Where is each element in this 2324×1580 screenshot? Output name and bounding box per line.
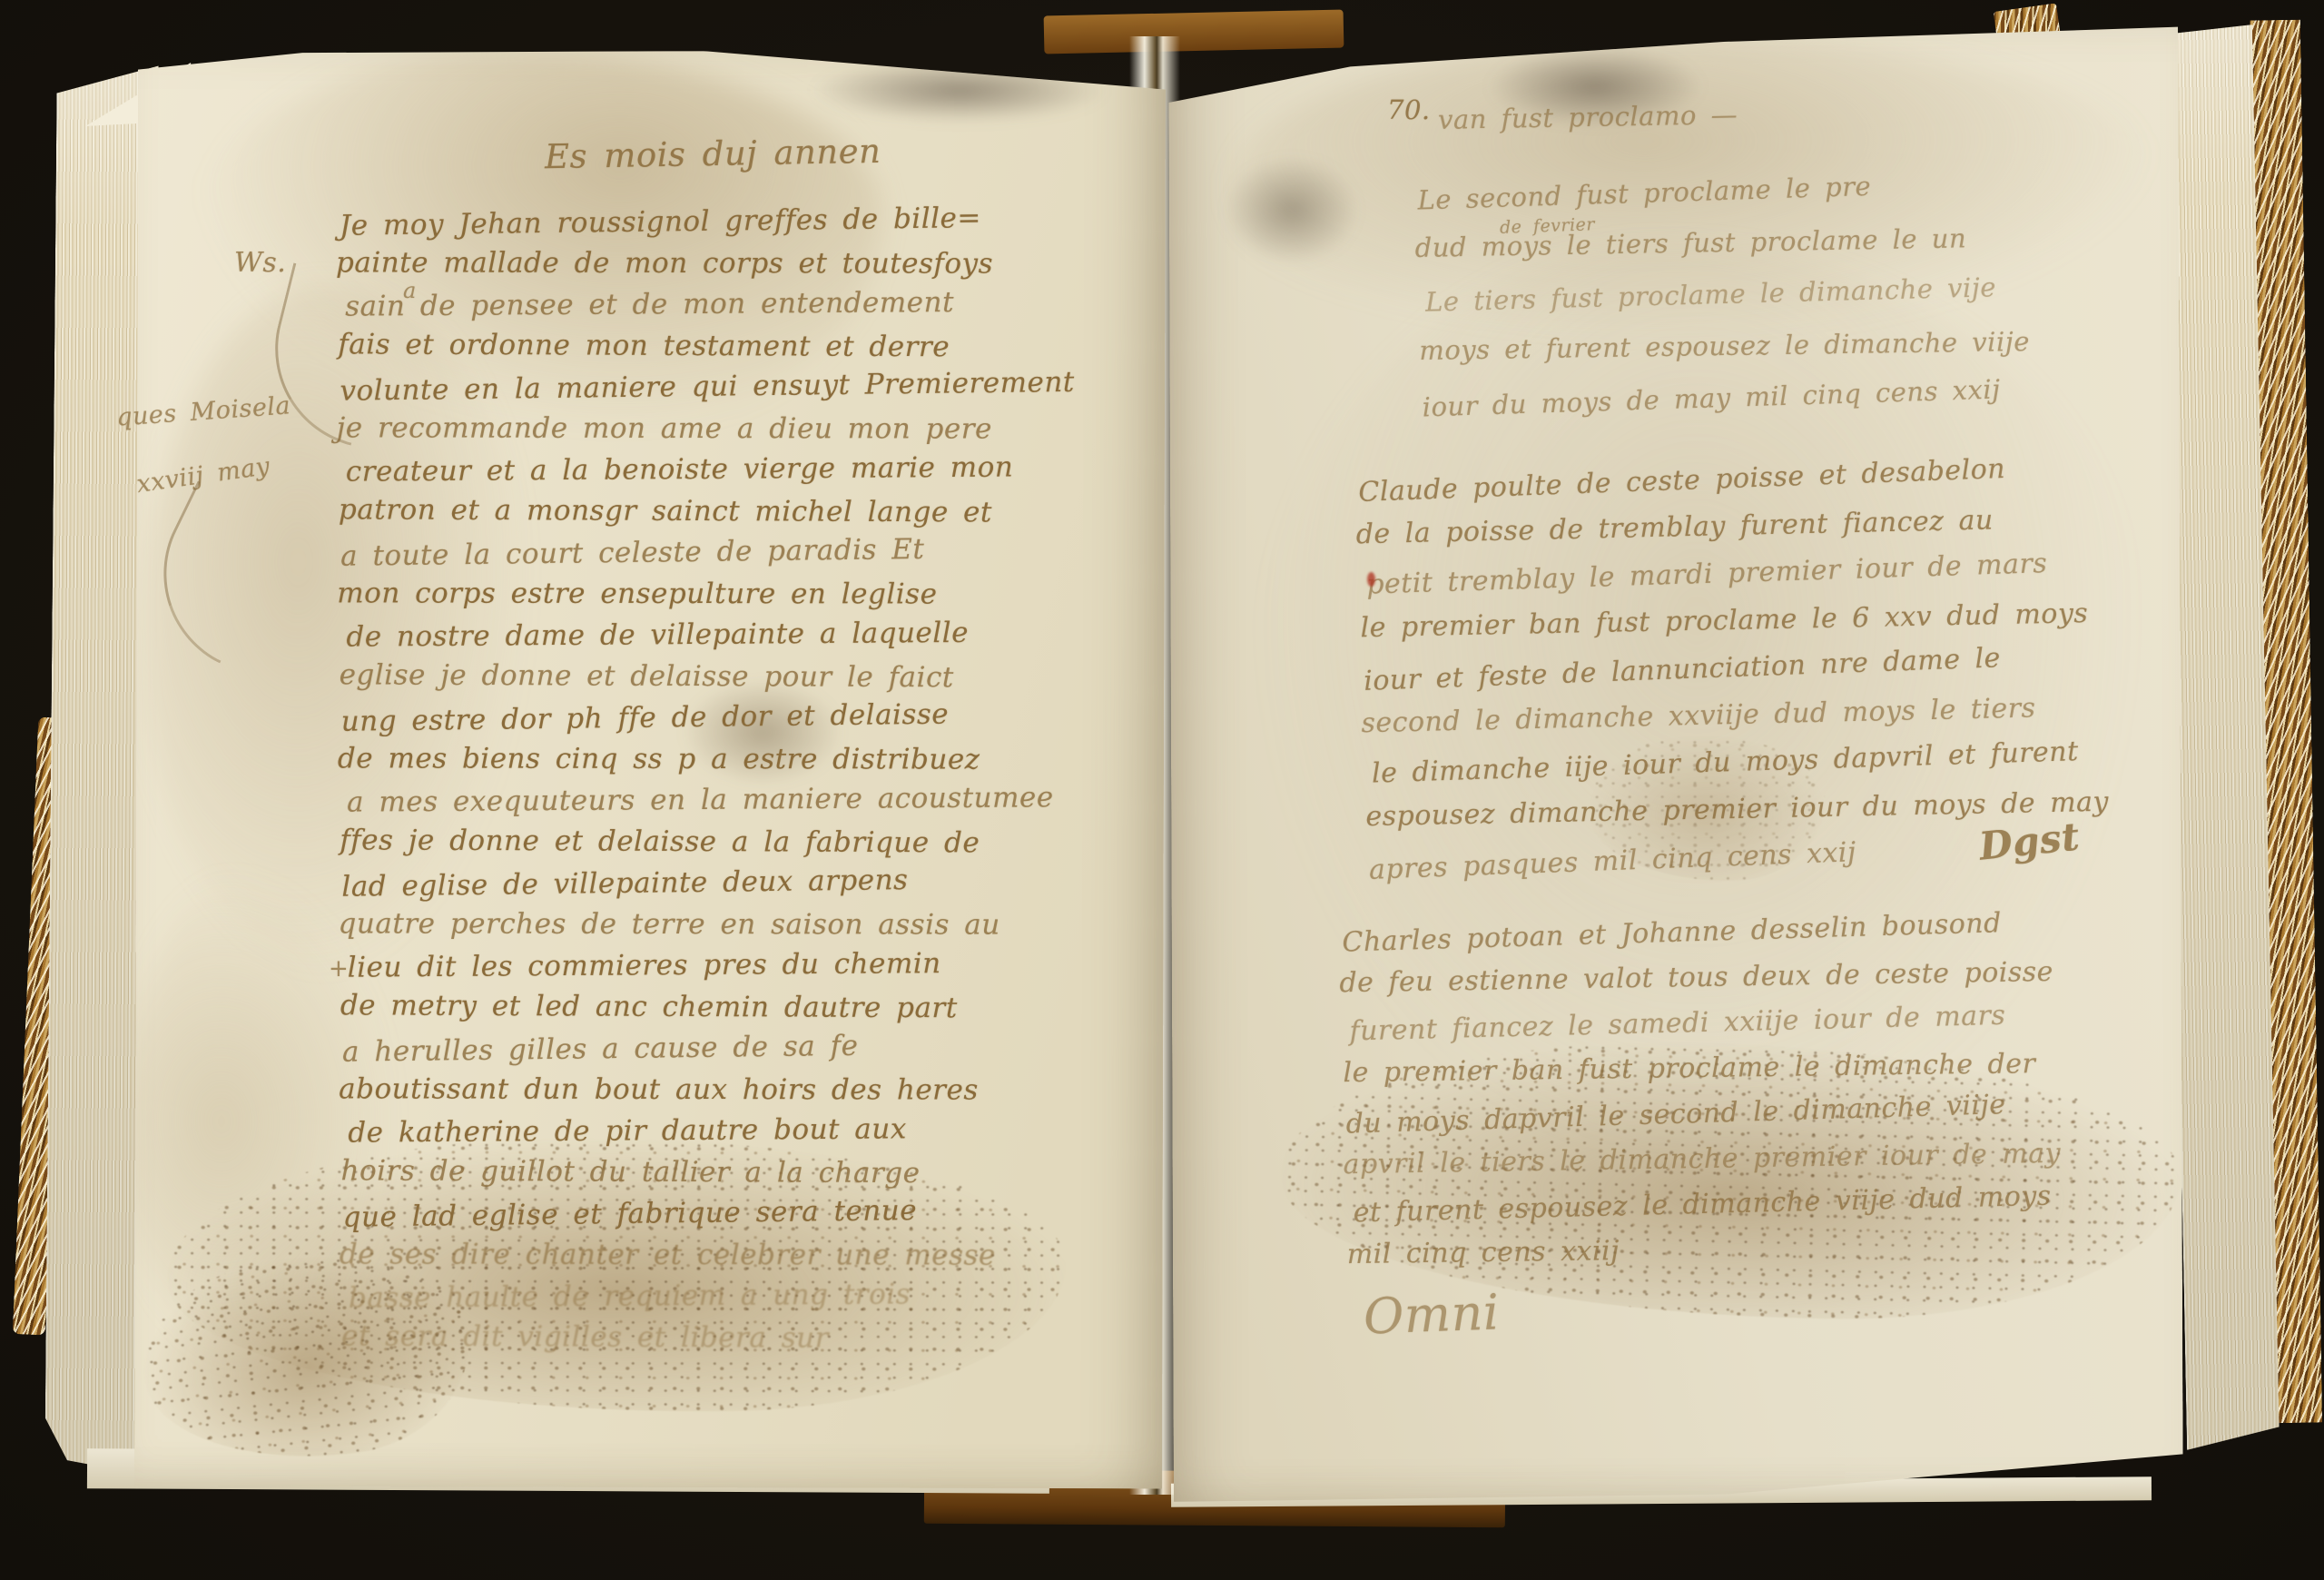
spine-top-leather [1044, 10, 1344, 54]
margin-note-ws: Ws. [234, 247, 286, 279]
red-ink-speck [1367, 572, 1375, 587]
interline-note: de fevrier [1500, 214, 1596, 238]
manuscript-line: de mes biens cinq ss p a estre distribue… [338, 738, 1046, 781]
manuscript-line: createur et a la benoiste vierge marie m… [346, 447, 1045, 493]
left-page-heading: Es mois duj annen [545, 132, 881, 176]
manuscript-line: ung estre dor ph ffe de dor et delaisse [341, 693, 1046, 743]
manuscript-line: a herulles gilles a cause de sa fe [342, 1023, 1047, 1073]
manuscript-line: de katherine de pir dautre bout aux [348, 1108, 1047, 1154]
manuscript-line: a toute la court celeste de paradis Et [340, 528, 1045, 578]
manuscript-line: basse haulte de requiem a ung trois [349, 1273, 1048, 1319]
right-page-paragraph-3: Charles potoan et Johanne desselin bouso… [1338, 903, 2063, 1280]
photo-background: Es mois duj annen a Ws. ques Moisela xxv… [0, 0, 2324, 1580]
manuscript-line: a mes exequuteurs en la maniere acoustum… [347, 777, 1046, 824]
manuscript-line: de ses dire chanter et celebrer une mess… [340, 1234, 1048, 1277]
manuscript-line: ffes je donne et delaisse a la fabrique … [340, 820, 1046, 864]
manuscript-line: sain de pensee et de mon entendement [345, 281, 1044, 328]
manuscript-line: eglise je donne et delaisse pour le faic… [340, 655, 1046, 699]
manuscript-line: lad eglise de villepainte deux arpens [341, 858, 1046, 908]
manuscript-line: patron et a monsgr sainct michel lange e… [339, 489, 1045, 534]
manuscript-line: volunte en la maniere qui ensuyt Premier… [340, 362, 1044, 412]
closing-word: Omni [1363, 1283, 1501, 1345]
manuscript-line: mon corps estre ensepulture en leglise [337, 573, 1045, 616]
right-page-paragraph-1: Le second fust proclame le predud moys l… [1413, 158, 2032, 430]
folio-number: 70. [1387, 94, 1431, 125]
manuscript-line: aboutissant dun bout aux hoirs des heres [339, 1069, 1047, 1111]
manuscript-line: quatre perches de terre en saison assis … [339, 904, 1047, 946]
soot-smudge [1224, 155, 1360, 265]
manuscript-line: hoirs de guillot du tallier a la charge [340, 1150, 1047, 1195]
soot-smudge [810, 58, 1109, 123]
manuscript-line: de nostre dame de villepainte a laquelle [346, 612, 1045, 658]
manuscript-line: de metry et led anc chemin dautre part [340, 985, 1047, 1030]
left-page-text-block: Je moy Jehan roussignol greffes de bille… [336, 201, 1048, 1360]
manuscript-line: mil cinq cens xxiij [1346, 1223, 2063, 1278]
manuscript-line: lieu dit les commieres pres du chemin [348, 943, 1047, 989]
manuscript-line: painte mallade de mon corps et toutesfoy… [336, 242, 1044, 285]
manuscript-line: Je moy Jehan roussignol greffes de bille… [340, 197, 1044, 247]
right-page-heading: van fust proclamo — [1438, 99, 1738, 135]
manuscript-line: que lad eglise et fabrique sera tenue [342, 1189, 1047, 1239]
manuscript-line: fais et ordonne mon testament et derre [338, 324, 1044, 369]
manuscript-line: je recommande mon ame a dieu mon pere [337, 408, 1045, 450]
manuscript-line: et sera dit vigilles et libera sur [341, 1316, 1048, 1360]
